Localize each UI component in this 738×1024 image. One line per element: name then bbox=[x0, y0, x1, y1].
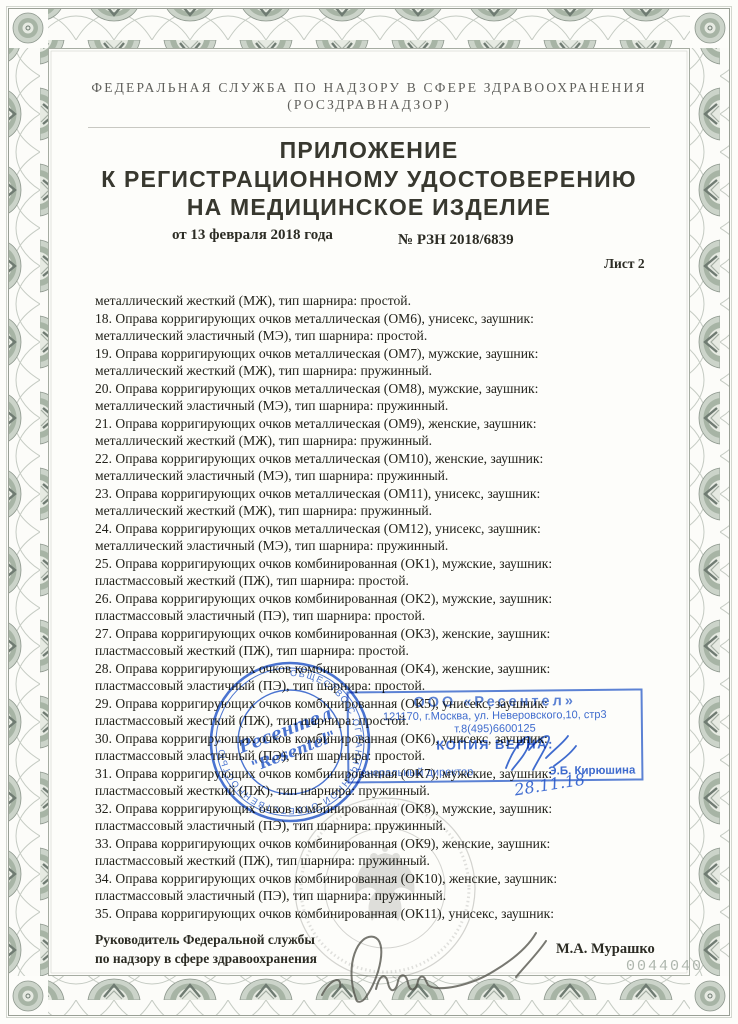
body-line: металлический жесткий (МЖ), тип шарнира:… bbox=[95, 362, 655, 380]
copy-correct-label: КОПИЯ ВЕРНА: bbox=[349, 735, 641, 753]
body-line: 18. Оправа корригирующих очков металличе… bbox=[95, 310, 655, 328]
body-line: пластмассовый эластичный (ПЭ), тип шарни… bbox=[95, 607, 655, 625]
body-line: металлический жесткий (МЖ), тип шарнира:… bbox=[95, 502, 655, 520]
body-line: 25. Оправа корригирующих очков комбиниро… bbox=[95, 555, 655, 573]
body-line: 20. Оправа корригирующих очков металличе… bbox=[95, 380, 655, 398]
agency-name: ФЕДЕРАЛЬНАЯ СЛУЖБА ПО НАДЗОРУ В СФЕРЕ ЗД… bbox=[0, 79, 738, 96]
title-line-3: НА МЕДИЦИНСКОЕ ИЗДЕЛИЕ bbox=[0, 193, 738, 222]
body-line: 22. Оправа корригирующих очков металличе… bbox=[95, 450, 655, 468]
body-line: 27. Оправа корригирующих очков комбиниро… bbox=[95, 625, 655, 643]
body-line: 24. Оправа корригирующих очков металличе… bbox=[95, 520, 655, 538]
copy-certification-stamp: ООО «Ресентел» 121170, г.Москва, ул. Нев… bbox=[347, 688, 644, 783]
document-title: ПРИЛОЖЕНИЕ К РЕГИСТРАЦИОННОМУ УДОСТОВЕРЕ… bbox=[0, 136, 738, 222]
signatory-title-line-2: по надзору в сфере здравоохранения bbox=[95, 949, 317, 968]
agency-header: ФЕДЕРАЛЬНАЯ СЛУЖБА ПО НАДЗОРУ В СФЕРЕ ЗД… bbox=[0, 79, 738, 113]
title-line-2: К РЕГИСТРАЦИОННОМУ УДОСТОВЕРЕНИЮ bbox=[0, 165, 738, 194]
stamp-director-role: Генеральный директор bbox=[355, 766, 473, 779]
sheet-number: Лист 2 bbox=[604, 256, 645, 272]
blank-serial-number: 0044040 bbox=[626, 958, 703, 975]
body-line: пластмассовый жесткий (ПЖ), тип шарнира:… bbox=[95, 642, 655, 660]
stamp-company-name: ООО «Ресентел» bbox=[349, 692, 641, 711]
body-line: металлический жесткий (МЖ), тип шарнира:… bbox=[95, 432, 655, 450]
signatory-title-line-1: Руководитель Федеральной службы bbox=[95, 930, 317, 949]
agency-short-name: (РОСЗДРАВНАДЗОР) bbox=[0, 96, 738, 113]
certificate-page: ФЕДЕРАЛЬНАЯ СЛУЖБА ПО НАДЗОРУ В СФЕРЕ ЗД… bbox=[0, 0, 738, 1024]
body-line: 21. Оправа корригирующих очков металличе… bbox=[95, 415, 655, 433]
body-line: 26. Оправа корригирующих очков комбиниро… bbox=[95, 590, 655, 608]
header-divider bbox=[88, 127, 650, 128]
director-signature bbox=[498, 726, 582, 778]
body-line: пластмассовый жесткий (ПЖ), тип шарнира:… bbox=[95, 572, 655, 590]
body-line: 23. Оправа корригирующих очков металличе… bbox=[95, 485, 655, 503]
body-line: металлический эластичный (МЭ), тип шарни… bbox=[95, 327, 655, 345]
issue-date: от 13 февраля 2018 года bbox=[172, 227, 333, 244]
signatory-title: Руководитель Федеральной службы по надзо… bbox=[95, 930, 317, 968]
signatory-name: М.А. Мурашко bbox=[556, 941, 655, 958]
registration-number: № РЗН 2018/6839 bbox=[398, 232, 514, 249]
head-signature bbox=[316, 915, 556, 1010]
eagle-icon bbox=[356, 846, 415, 921]
body-line: 19. Оправа корригирующих очков металличе… bbox=[95, 345, 655, 363]
body-line: металлический эластичный (МЭ), тип шарни… bbox=[95, 537, 655, 555]
body-line: металлический эластичный (МЭ), тип шарни… bbox=[95, 397, 655, 415]
body-line: металлический эластичный (МЭ), тип шарни… bbox=[95, 467, 655, 485]
body-line: 28. Оправа корригирующих очков комбиниро… bbox=[95, 660, 655, 678]
title-line-1: ПРИЛОЖЕНИЕ bbox=[0, 136, 738, 165]
body-line: металлический жесткий (МЖ), тип шарнира:… bbox=[95, 292, 655, 310]
